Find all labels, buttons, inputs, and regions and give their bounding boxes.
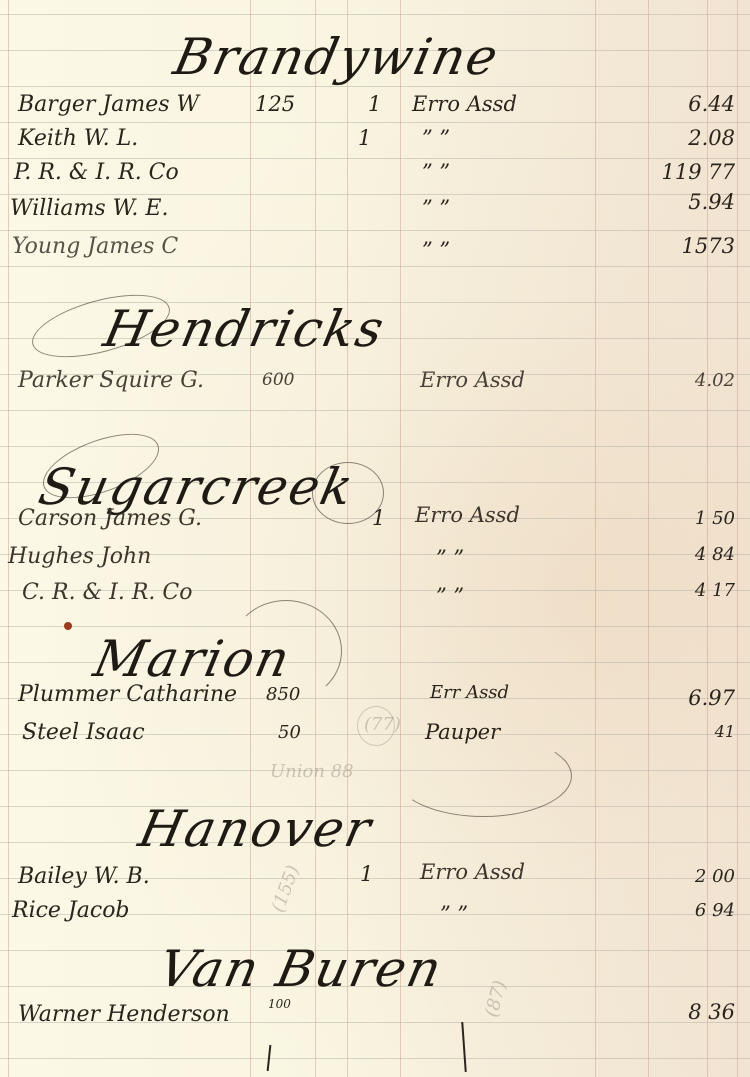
entry-acres: 850 (266, 686, 300, 704)
section-heading-hanover: Hanover (134, 800, 378, 858)
section-heading-van-buren: Van Buren (154, 940, 448, 998)
entry-amount: 2.08 (645, 128, 735, 149)
entry-name: Hughes John (8, 546, 151, 568)
entry-name: Parker Squire G. (18, 370, 204, 392)
column-rule (347, 0, 348, 1077)
pencil-note: (77) (364, 716, 401, 734)
column-rule (250, 0, 251, 1077)
pencil-note: (87) (483, 979, 510, 1019)
entry-name: Barger James W (18, 94, 199, 116)
ruled-line (0, 626, 750, 627)
entry-amount: 8 36 (645, 1002, 735, 1023)
ruled-line (0, 266, 750, 267)
ink-spot (64, 622, 72, 630)
ruled-line (0, 14, 750, 15)
entry-amount: 6.97 (645, 688, 735, 709)
entry-note: Erro Assd (415, 505, 520, 526)
entry-name: Rice Jacob (12, 900, 130, 922)
entry-amount: 41 (645, 724, 735, 740)
entry-note: Erro Assd (420, 862, 525, 883)
entry-note: Erro Assd (412, 94, 517, 115)
entry-name: Carson James G. (18, 508, 202, 530)
ruled-line (0, 194, 750, 195)
entry-mark: 1 (372, 508, 385, 529)
entry-name: Young James C (12, 236, 178, 258)
entry-note: ” ” (440, 904, 468, 925)
entry-name: C. R. & I. R. Co (22, 582, 192, 604)
entry-amount: 119 77 (645, 162, 735, 183)
ruled-line (0, 158, 750, 159)
entry-name: Williams W. E. (10, 198, 168, 220)
entry-note: ” ” (422, 128, 450, 149)
entry-note: ” ” (422, 162, 450, 183)
entry-note: Erro Assd (420, 370, 525, 391)
entry-acres: 50 (278, 724, 301, 742)
ruled-line (0, 842, 750, 843)
entry-amount: 1 50 (645, 510, 735, 528)
entry-note: ” ” (422, 198, 450, 219)
entry-amount: 5.94 (645, 192, 735, 213)
section-heading-marion: Marion (89, 630, 297, 688)
entry-amount: 4.02 (645, 372, 735, 390)
entry-name: Bailey W. B. (18, 866, 150, 888)
entry-mark: 1 (360, 864, 373, 885)
pen-stroke (461, 1022, 466, 1072)
entry-note: ” ” (436, 548, 464, 569)
ruled-line (0, 410, 750, 411)
ruled-line (0, 1058, 750, 1059)
entry-mark: 1 (368, 94, 381, 115)
ruled-line (0, 122, 750, 123)
ruled-line (0, 86, 750, 87)
column-rule (737, 0, 738, 1077)
pencil-note: Union 88 (270, 763, 354, 781)
entry-note: Err Assd (430, 684, 509, 702)
entry-amount: 4 17 (645, 582, 735, 600)
entry-acres: 125 (255, 94, 295, 115)
entry-amount: 6 94 (645, 902, 735, 920)
column-rule (400, 0, 401, 1077)
pencil-note: (155) (269, 863, 302, 915)
entry-mark: 1 (358, 128, 371, 149)
ledger-page: Brandywine Barger James W 125 1 Erro Ass… (0, 0, 750, 1077)
entry-name: Plummer Catharine (18, 684, 237, 706)
entry-amount: 1573 (645, 236, 735, 257)
entry-amount: 6.44 (645, 94, 735, 115)
entry-amount: 4 84 (645, 546, 735, 564)
entry-note: ” ” (422, 240, 450, 261)
entry-amount: 2 00 (645, 868, 735, 886)
column-rule (595, 0, 596, 1077)
section-heading-hendricks: Hendricks (99, 300, 391, 358)
column-rule (315, 0, 316, 1077)
entry-acres: 100 (268, 998, 291, 1010)
section-heading-brandywine: Brandywine (169, 28, 505, 86)
entry-name: Warner Henderson (18, 1004, 230, 1026)
column-rule (8, 0, 9, 1077)
ruled-line (0, 230, 750, 231)
heading-flourish (395, 735, 572, 817)
entry-acres: 600 (262, 372, 294, 389)
ruled-line (0, 770, 750, 771)
entry-name: Keith W. L. (18, 128, 138, 150)
entry-name: P. R. & I. R. Co (14, 162, 179, 184)
entry-note: ” ” (436, 586, 464, 607)
entry-name: Steel Isaac (22, 722, 145, 744)
